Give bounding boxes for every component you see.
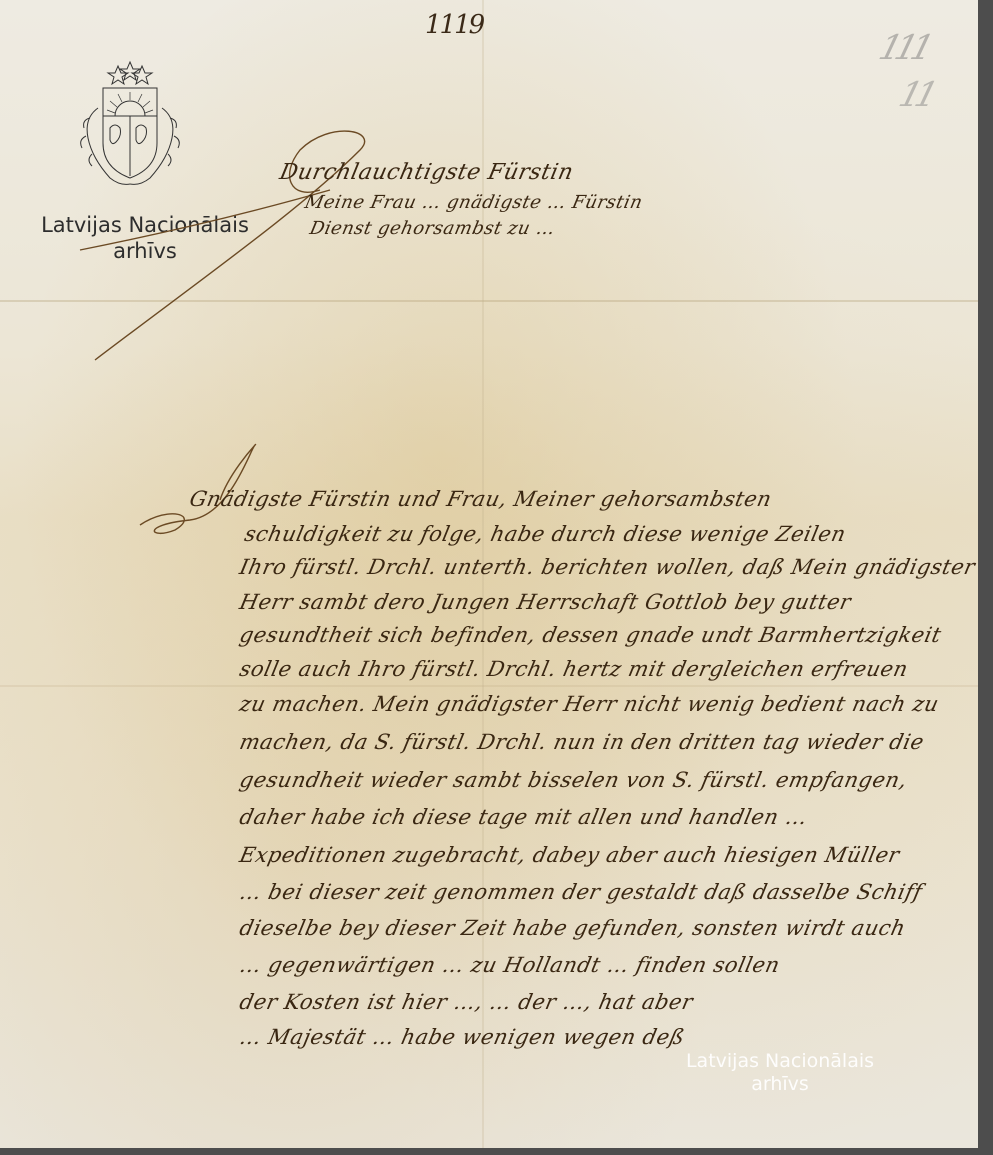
body-line: Ihro fürstl. Drchl. unterth. berichten w… bbox=[237, 555, 977, 579]
body-line: der Kosten ist hier …, … der …, hat aber bbox=[237, 990, 695, 1014]
body-line: gesundtheit sich befinden, dessen gnade … bbox=[237, 623, 943, 647]
body-line: … bei dieser zeit genommen der gestaldt … bbox=[237, 880, 924, 904]
body-line: Expeditionen zugebracht, dabey aber auch… bbox=[237, 843, 901, 867]
body-line: gesundheit wieder sambt bisselen von S. … bbox=[237, 768, 909, 792]
body-line: solle auch Ihro fürstl. Drchl. hertz mit… bbox=[237, 657, 910, 681]
body-line: … Majestät … habe wenigen wegen deß bbox=[237, 1025, 686, 1049]
scan-border-bottom bbox=[0, 1148, 993, 1155]
body-line: zu machen. Mein gnädigster Herr nicht we… bbox=[237, 692, 941, 716]
body-line: schuldigkeit zu folge, habe durch diese … bbox=[242, 522, 848, 546]
address-line: Durchlauchtigste Fürstin bbox=[277, 160, 575, 185]
body-line: dieselbe bey dieser Zeit habe gefunden, … bbox=[237, 916, 907, 940]
watermark-line1: Latvijas Nacionālais bbox=[650, 1050, 910, 1073]
address-line: Meine Frau … gnädigste … Fürstin bbox=[303, 192, 645, 213]
scan-border-right bbox=[978, 0, 993, 1155]
address-line: Dienst gehorsambst zu … bbox=[308, 218, 557, 239]
body-line: Gnädigste Fürstin und Frau, Meiner gehor… bbox=[187, 487, 774, 511]
archive-watermark: Latvijas Nacionālais arhīvs bbox=[650, 1050, 910, 1096]
body-line: machen, da S. fürstl. Drchl. nun in den … bbox=[237, 730, 926, 754]
document-page: 1119 111 11 Latvijas Nacionā bbox=[0, 0, 978, 1148]
watermark-line2: arhīvs bbox=[650, 1073, 910, 1096]
body-line: Herr sambt dero Jungen Herrschaft Gottlo… bbox=[237, 590, 853, 614]
body-line: daher habe ich diese tage mit allen und … bbox=[237, 805, 809, 829]
body-line: … gegenwärtigen … zu Hollandt … finden s… bbox=[237, 953, 782, 977]
